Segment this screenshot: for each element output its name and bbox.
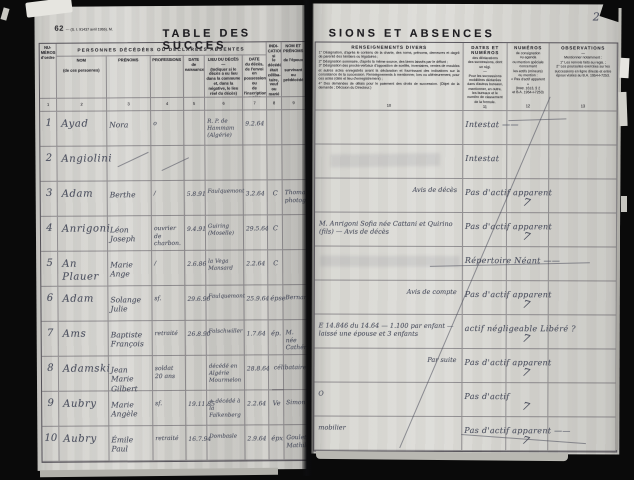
col-header-renseignements: RENSEIGNEMENTS DIVERS 1° Désignation, d'… — [315, 42, 463, 111]
row8-naissance — [186, 356, 207, 391]
handwritten-folio-number: 2 — [593, 10, 600, 23]
col-header-lieu-deces: LIEU DU DÉCÈS — (Indiquer si le décès a … — [205, 55, 243, 97]
row7-mention: actif négligeable Libéré ? — [465, 324, 576, 333]
col-number: 8 — [267, 97, 282, 110]
right-row-7: E 14.846 du 14.64 — 1.100 par enfant — l… — [315, 314, 617, 349]
row7-renseignements: E 14.846 du 14.64 — 1.100 par enfant — l… — [315, 314, 463, 349]
table-header-right: RENSEIGNEMENTS DIVERS 1° Désignation, d'… — [315, 42, 617, 111]
col-title: RENSEIGNEMENTS DIVERS — [319, 44, 460, 49]
row3-professions: / — [152, 181, 185, 216]
right-row-4: M. Anrigoni Sofia née Cattani et Quirino… — [315, 212, 617, 247]
underlying-page-edge — [40, 468, 278, 477]
row9-naissance: 19.11.85 — [186, 391, 207, 426]
col-header-date-deces: DATE du décès, de l'envoi en possession … — [243, 55, 267, 97]
col-number: 12 — [510, 103, 545, 108]
row6-professions: sf. — [152, 286, 185, 321]
row9-nom: Aubry — [59, 391, 109, 426]
row4-cell — [549, 213, 617, 247]
row1-naissance — [184, 111, 205, 146]
row3-renseignements: Avis de décès — [315, 178, 463, 213]
ink-bleed-smudge — [330, 153, 440, 168]
row2-cell — [507, 145, 549, 179]
row4-num: 4 — [41, 217, 58, 252]
row7-num: 7 — [42, 322, 59, 357]
row2-lieu — [205, 145, 243, 180]
col-header-naissance: DATE de naissance — [184, 56, 205, 98]
row9-etat: Ve — [269, 390, 284, 425]
row2-deces — [243, 145, 267, 180]
row10-num: 10 — [42, 427, 59, 462]
row10-renseignements: mobilier — [314, 416, 462, 451]
col-number: 3 — [107, 98, 151, 111]
row9-num: 9 — [42, 392, 59, 427]
row4-renseignements: M. Anrigoni Sofia née Cattani et Quirino… — [315, 212, 463, 247]
underlying-page-edge — [316, 451, 568, 461]
row5-nom: An Plauer — [58, 251, 108, 286]
ink-bleed-smudge — [320, 255, 460, 266]
row4-prenoms: Léon Joseph — [108, 216, 152, 251]
col-title: DATES ET NUMÉROS — [467, 45, 504, 55]
row1-nom: Ayad — [57, 111, 107, 146]
row4-etat: C — [268, 215, 283, 250]
col-number: 7 — [243, 97, 267, 110]
col-number: 1 — [40, 99, 57, 112]
row3-deces: 3.2.64 — [244, 180, 268, 215]
col-header-prenoms: PRÉNOMS — [107, 56, 151, 98]
right-row-9: OPas d'actif7 — [314, 382, 616, 417]
row7-lieu: Folschwiller — [207, 320, 245, 355]
row2-etat — [267, 145, 282, 180]
row2-mention: Intestat — [465, 154, 499, 163]
row10-naissance: 16.7.94 — [186, 426, 207, 461]
col-header-observations: OBSERVATIONS — Mentionner notamment : 1°… — [549, 43, 617, 111]
row10-nom: Aubry — [59, 426, 109, 461]
row8-nom: Adamski — [59, 356, 109, 391]
row9-mention: Pas d'actif — [464, 392, 509, 401]
row4-naissance: 9.4.91 — [185, 216, 206, 251]
row4-mention: Pas d'actif apparent — [465, 222, 552, 231]
row9-deces: 2.2.64 — [245, 390, 269, 425]
row9-renseignements: O — [314, 382, 462, 417]
table-header-left: NU- MÉROS d'ordre PERSONNES DÉCÉDÉES OU … — [40, 42, 306, 112]
row7-naissance: 26.8.90 — [186, 321, 207, 356]
row2-nom: Angiolini — [57, 146, 107, 181]
col-number: 10 — [318, 102, 459, 107]
row10-prenoms: Émile Paul — [109, 426, 153, 461]
row3-etat: C — [268, 180, 283, 215]
row3-num: 3 — [41, 182, 58, 217]
row7-professions: retraité — [153, 321, 186, 356]
col-note: des déclarations des successions, dont u… — [466, 56, 503, 104]
paper-tab — [621, 196, 627, 212]
row6-num: 6 — [41, 287, 58, 322]
register-page-right: SIONS ET ABSENCES 2 RENSEIGNEMENTS DIVER… — [311, 3, 621, 454]
col-note: de consignation ou agenda ou mention spé… — [510, 51, 545, 95]
paper-tab — [619, 58, 629, 78]
row2-prenoms — [107, 146, 151, 181]
row2-professions — [151, 146, 184, 181]
paper-tab — [0, 7, 9, 20]
col-header-professions: PROFESSIONS — [151, 56, 184, 98]
row2-cell — [549, 145, 617, 179]
row1-mention: Intestat —— — [465, 120, 518, 129]
col-header-consignation: NUMÉROS de consignation ou agenda ou men… — [507, 43, 549, 111]
row7-nom: Ams — [59, 321, 109, 356]
row5-etat: C — [268, 250, 283, 285]
succession-table-right: RENSEIGNEMENTS DIVERS 1° Désignation, d'… — [313, 41, 618, 452]
col-note: — Mentionner notamment : 1° Les renvois … — [553, 51, 614, 77]
row8-cell — [548, 349, 616, 383]
row4-nom: Anrigoni — [58, 216, 108, 251]
row1-num: 1 — [40, 112, 57, 147]
row1-etat — [267, 110, 282, 145]
col-title: NUMÉROS — [511, 45, 546, 50]
row1-renseignements — [315, 110, 463, 145]
row8-lieu: décédé en Algérie Mourmelon — [207, 355, 245, 390]
col-header-numero: NU- MÉROS d'ordre — [40, 44, 57, 99]
col-number: 4 — [151, 98, 184, 111]
row7-prenoms: Baptiste François — [109, 321, 153, 356]
col-header-declarations: DATES ET NUMÉROS des déclarations des su… — [463, 43, 507, 111]
row1-cell — [549, 111, 617, 145]
row6-cell — [549, 281, 617, 315]
row8-mention: Pas d'actif apparent — [465, 358, 552, 367]
row8-professions: soldat 20 ans — [153, 356, 186, 391]
row8-num: 8 — [42, 357, 59, 392]
row10-professions: retraité — [153, 426, 186, 461]
row9-cell — [548, 383, 616, 417]
right-row-6: Avis de comptePas d'actif apparent7 — [315, 280, 617, 315]
row1-lieu: R. P. de Hammam (Algérie) — [205, 110, 243, 145]
right-row-8: Par suitePas d'actif apparent7 — [314, 348, 616, 383]
col-title: OBSERVATIONS — [553, 45, 614, 50]
print-reference-text: — (S. I. 91437 avril 1955). M. — [66, 27, 113, 31]
row5-num: 5 — [41, 252, 58, 287]
right-row-1: Intestat —— — [315, 110, 617, 145]
row6-prenoms: Solange Julie — [108, 286, 152, 321]
row5-prenoms: Marie Ange — [108, 251, 152, 286]
col-number: 11 — [466, 104, 503, 109]
page-title-right: SIONS ET ABSENCES — [329, 28, 495, 41]
col-number: 6 — [205, 97, 243, 110]
col-number: 2 — [57, 98, 107, 111]
row5-deces: 2.2.64 — [244, 250, 268, 285]
col-header-indication: INDI- CATION si le décédé était céliba- … — [267, 42, 282, 97]
row2-num: 2 — [40, 147, 57, 182]
col-number: 13 — [552, 103, 613, 108]
print-reference: 62— (S. I. 91437 avril 1955). M. — [55, 23, 113, 32]
row6-nom: Adam — [58, 286, 108, 321]
row9-lieu: + décédé à la Falkenberg — [207, 390, 245, 425]
register-page-left: 62— (S. I. 91437 avril 1955). M. TABLE D… — [34, 5, 307, 471]
row6-mention: Pas d'actif apparent — [465, 290, 552, 299]
row7-etat: ép. — [269, 320, 284, 355]
paper-tab — [618, 92, 627, 126]
row10-deces: 2.9.64 — [245, 425, 269, 460]
scanned-register-spread: 62— (S. I. 91437 avril 1955). M. TABLE D… — [0, 0, 634, 480]
row3-naissance: 5.8.91 — [185, 181, 206, 216]
row9-professions: sf. — [153, 391, 186, 426]
row1-prenoms: Nora — [107, 111, 151, 146]
row1-deces: 9.2.64 — [243, 110, 267, 145]
row6-naissance: 29.6.96 — [185, 286, 206, 321]
row10-etat: épx — [269, 425, 284, 460]
row4-deces: 29.5.64 — [244, 215, 268, 250]
right-row-3: Avis de décèsPas d'actif apparent7 — [315, 178, 617, 213]
book-fold-shadow — [302, 0, 314, 476]
row1-professions: o — [151, 111, 184, 146]
row3-prenoms: Berthe — [108, 181, 152, 216]
row3-lieu: Faulquemont — [206, 180, 244, 215]
row5-naissance: 2.6.86 — [185, 251, 206, 286]
row6-lieu: Faulquemont — [206, 285, 244, 320]
row3-cell — [549, 179, 617, 213]
col-number: 5 — [184, 98, 205, 111]
row8-deces: 28.8.64 — [245, 355, 269, 390]
row10-mention: Pas d'actif apparent —— — [464, 426, 570, 435]
print-reference-number: 62 — [55, 24, 64, 33]
row5-professions: / — [152, 251, 185, 286]
row3-nom: Adam — [58, 181, 108, 216]
row6-renseignements: Avis de compte — [315, 280, 463, 315]
row5-lieu: la Vega Mansard — [206, 250, 244, 285]
row9-prenoms: Marie Angèle — [109, 391, 153, 426]
row2-naissance — [184, 146, 205, 181]
row4-lieu: Guiring (Moselle) — [206, 215, 244, 250]
row6-etat: épse — [268, 285, 283, 320]
row4-professions: ouvrier de charbon. — [152, 216, 185, 251]
succession-table-left: NU- MÉROS d'ordre PERSONNES DÉCÉDÉES OU … — [39, 41, 308, 463]
row6-deces: 25.9.64 — [244, 285, 268, 320]
col-header-nom: NOM (de ces personnes) — [57, 56, 107, 98]
row10-lieu: Dombasle — [207, 425, 245, 460]
row8-prenoms: Jean Marie Gilbert — [109, 356, 153, 391]
row7-deces: 1.7.64 — [245, 320, 269, 355]
col-note: 1° Désignation, d'après le contenu de la… — [318, 50, 459, 90]
